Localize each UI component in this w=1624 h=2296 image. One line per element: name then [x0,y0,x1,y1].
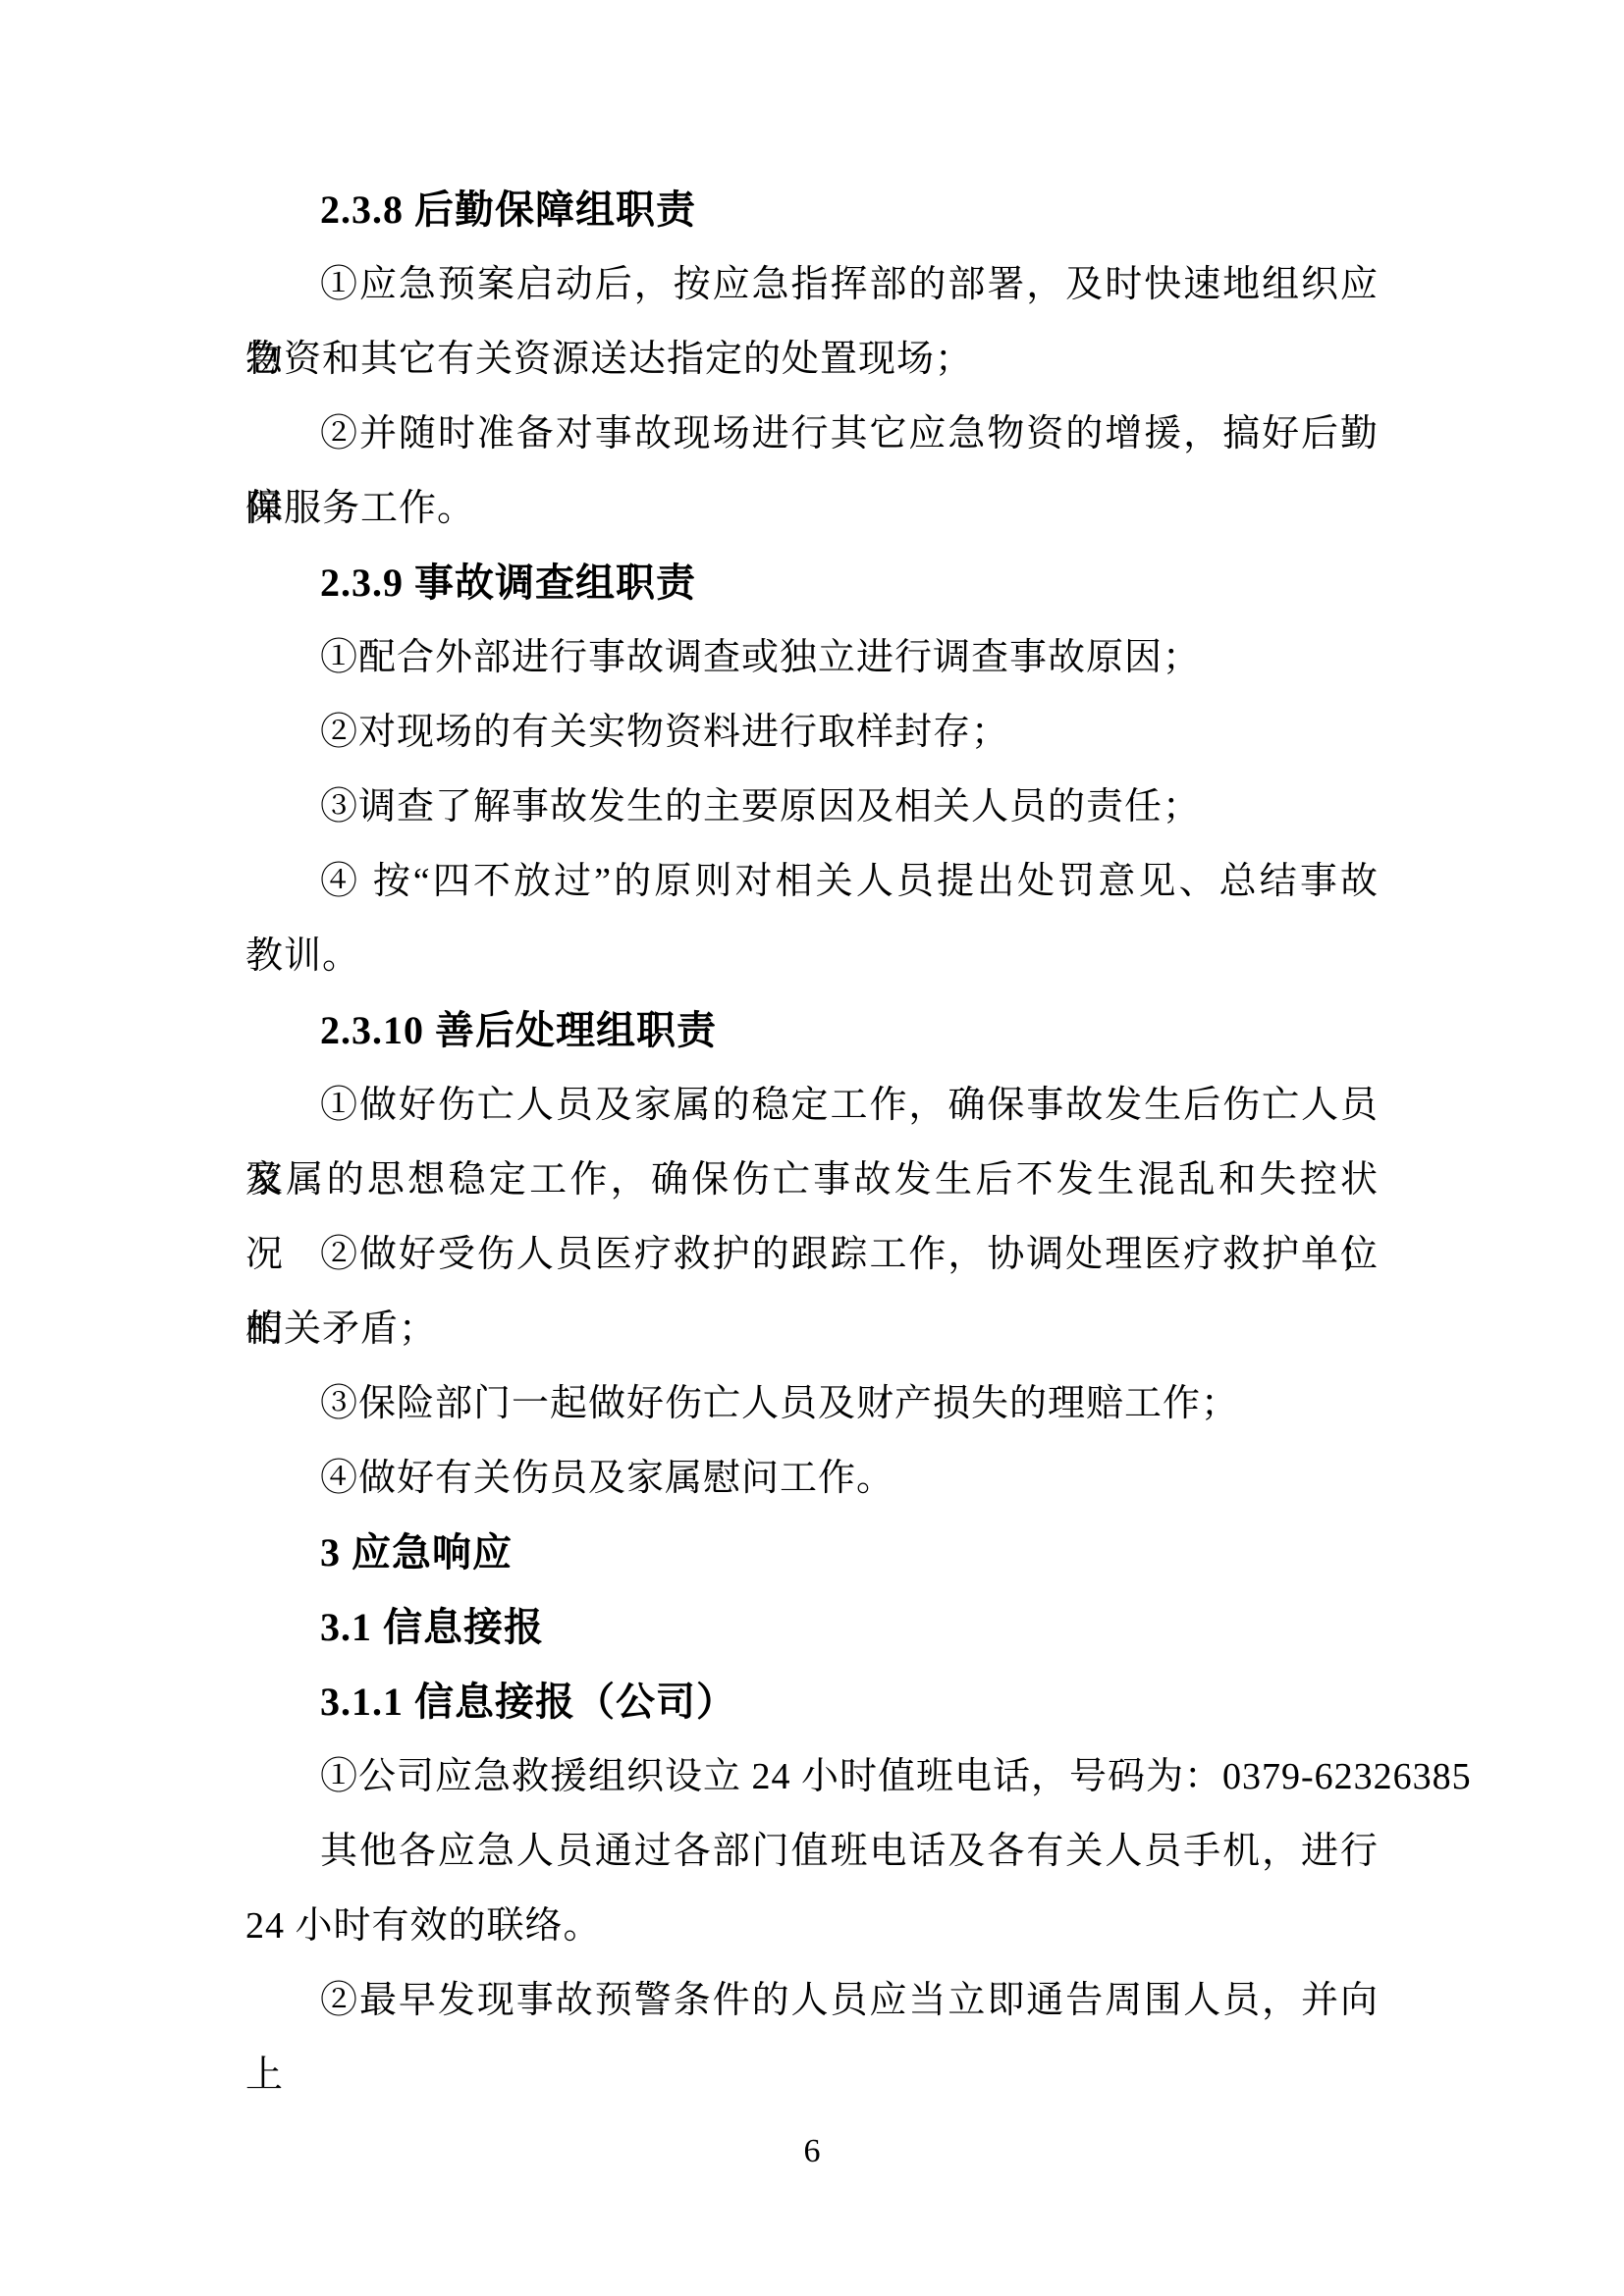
document-body: 2.3.8 后勤保障组职责①应急预案启动后，按应急指挥部的部署，及时快速地组织应… [245,173,1379,2038]
text-line: 障服务工作。 [245,471,1379,546]
text-line: ②并随时准备对事故现场进行其它应急物资的增援，搞好后勤保 [245,397,1379,471]
text-line: 2.3.10 善后处理组职责 [245,993,1379,1068]
document-page: 2.3.8 后勤保障组职责①应急预案启动后，按应急指挥部的部署，及时快速地组织应… [0,0,1624,2296]
text-line: ④ 按“四不放过”的原则对相关人员提出处罚意见、总结事故 [245,844,1379,919]
text-line: ④做好有关伤员及家属慰问工作。 [245,1441,1379,1516]
text-line: ①做好伤亡人员及家属的稳定工作，确保事故发生后伤亡人员及 [245,1068,1379,1143]
text-line: 2.3.8 后勤保障组职责 [245,173,1379,247]
text-line: 相关矛盾； [245,1292,1379,1366]
text-line: 物资和其它有关资源送达指定的处置现场； [245,322,1379,397]
text-line: ①配合外部进行事故调查或独立进行调查事故原因； [245,620,1379,695]
text-line: 24 小时有效的联络。 [245,1889,1379,1963]
page-number: 6 [0,2132,1624,2171]
text-line: ②做好受伤人员医疗救护的跟踪工作，协调处理医疗救护单位的 [245,1217,1379,1292]
text-line: ③保险部门一起做好伤亡人员及财产损失的理赔工作； [245,1366,1379,1441]
text-line: ②对现场的有关实物资料进行取样封存； [245,695,1379,770]
text-line: 3.1.1 信息接报（公司） [245,1665,1379,1739]
text-line: 其他各应急人员通过各部门值班电话及各有关人员手机，进行 [245,1814,1379,1889]
text-line: ①应急预案启动后，按应急指挥部的部署，及时快速地组织应急 [245,247,1379,322]
text-line: ①公司应急救援组织设立 24 小时值班电话，号码为：0379-62326385 [245,1739,1379,1814]
text-line: 3.1 信息接报 [245,1590,1379,1665]
text-line: 教训。 [245,919,1379,993]
text-line: 家属的思想稳定工作，确保伤亡事故发生后不发生混乱和失控状况； [245,1143,1379,1217]
text-line: ②最早发现事故预警条件的人员应当立即通告周围人员，并向上 [245,1963,1379,2038]
text-line: 2.3.9 事故调查组职责 [245,546,1379,620]
text-line: ③调查了解事故发生的主要原因及相关人员的责任； [245,770,1379,844]
text-line: 3 应急响应 [245,1516,1379,1590]
